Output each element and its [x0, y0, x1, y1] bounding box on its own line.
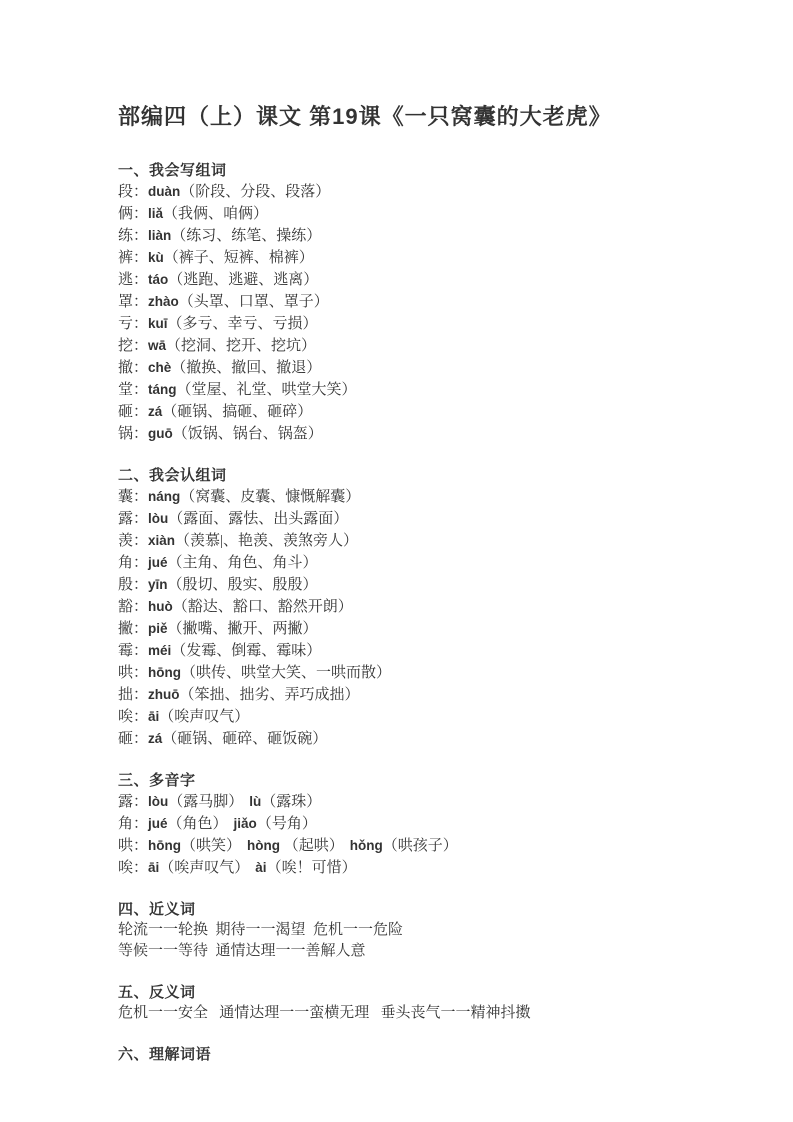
word-entry: 段：duàn（阶段、分段、段落）: [118, 181, 733, 203]
entry-headword: 亏：: [118, 316, 148, 332]
entry-pinyin: hōng: [148, 838, 181, 853]
pronunciation-part: lòu（露马脚）: [148, 794, 243, 810]
word-entry: 哄：hōng（哄传、哄堂大笑、一哄而散）: [118, 662, 733, 684]
entry-pinyin: lù: [249, 794, 261, 809]
entry-words: （我俩、咱俩）: [163, 206, 268, 222]
entry-words: （唉！可惜）: [267, 860, 357, 876]
entry-headword: 罩：: [118, 294, 148, 310]
pronunciation-part: jiǎo（号角）: [234, 816, 317, 832]
entry-words: （殷切、殷实、殷殷）: [168, 577, 318, 593]
entry-pinyin: lòu: [148, 511, 168, 526]
entry-pinyin: xiàn: [148, 533, 175, 548]
entry-pinyin: kuī: [148, 316, 168, 331]
entry-words: （豁达、豁口、豁然开朗）: [173, 599, 353, 615]
pronunciation-part: jué（角色）: [148, 816, 228, 832]
section-heading: 二、我会认组词: [118, 465, 733, 486]
entry-words: （角色）: [168, 816, 228, 832]
word-entry: 砸：zá（砸锅、搞砸、砸碎）: [118, 401, 733, 423]
entry-headword: 练：: [118, 228, 148, 244]
section-3: 三、多音字露：lòu（露马脚）lù（露珠）角：jué（角色）jiǎo（号角）哄：…: [118, 770, 733, 879]
entry-pinyin: jué: [148, 816, 168, 831]
word-entry: 囊：náng（窝囊、皮囊、慷慨解囊）: [118, 486, 733, 508]
entry-words: （主角、角色、角斗）: [168, 555, 318, 571]
entry-pinyin: piě: [148, 621, 168, 636]
entry-words: （砸锅、砸碎、砸饭碗）: [162, 731, 327, 747]
entry-headword: 露：: [118, 794, 148, 810]
section-6: 六、理解词语: [118, 1044, 733, 1065]
word-entry: 砸：zá（砸锅、砸碎、砸饭碗）: [118, 728, 733, 750]
document-page: 部编四（上）课文 第19课《一只窝囊的大老虎》 一、我会写组词段：duàn（阶段…: [0, 0, 793, 1122]
entry-words: （哄传、哄堂大笑、一哄而散）: [181, 665, 391, 681]
entry-headword: 撤：: [118, 360, 148, 376]
entry-headword: 拙：: [118, 687, 148, 703]
entry-pinyin: lòu: [148, 794, 168, 809]
entry-pinyin: āi: [148, 860, 159, 875]
entry-pinyin: táo: [148, 272, 168, 287]
word-entry: 锅：guō（饭锅、锅台、锅盔）: [118, 423, 733, 445]
entry-headword: 撇：: [118, 621, 148, 637]
entry-headword: 唉：: [118, 860, 148, 876]
section-2: 二、我会认组词囊：náng（窝囊、皮囊、慷慨解囊）露：lòu（露面、露怯、出头露…: [118, 465, 733, 750]
entry-pinyin: chè: [148, 360, 171, 375]
word-entry: 罩：zhào（头罩、口罩、罩子）: [118, 291, 733, 313]
word-entry: 堂：táng（堂屋、礼堂、哄堂大笑）: [118, 379, 733, 401]
entry-words: （多亏、幸亏、亏损）: [168, 316, 318, 332]
entry-headword: 囊：: [118, 489, 148, 505]
section-heading: 三、多音字: [118, 770, 733, 791]
word-entry: 挖：wā（挖洞、挖开、挖坑）: [118, 335, 733, 357]
entry-words: （露珠）: [261, 794, 321, 810]
word-entry: 练：liàn（练习、练笔、操练）: [118, 225, 733, 247]
word-entry: 霉：méi（发霉、倒霉、霉味）: [118, 640, 733, 662]
entry-words: （窝囊、皮囊、慷慨解囊）: [180, 489, 360, 505]
entry-pinyin: jiǎo: [234, 816, 257, 831]
entry-headword: 裤：: [118, 250, 148, 266]
pronunciation-part: āi（唉声叹气）: [148, 860, 249, 876]
entry-pinyin: hǒng: [350, 838, 383, 853]
entry-words: （唉声叹气）: [159, 860, 249, 876]
entry-pinyin: liǎ: [148, 206, 163, 221]
entry-words: （练习、练笔、操练）: [171, 228, 321, 244]
entry-words: （堂屋、礼堂、哄堂大笑）: [177, 382, 357, 398]
entry-words: （唉声叹气）: [159, 709, 249, 725]
entry-words: （砸锅、搞砸、砸碎）: [162, 404, 312, 420]
pronunciation-part: hòng （起哄）: [247, 838, 344, 854]
entry-pinyin: zá: [148, 731, 162, 746]
entry-words: （露面、露怯、出头露面）: [168, 511, 348, 527]
entry-headword: 俩：: [118, 206, 148, 222]
text-line: 等候一一等待 通情达理一一善解人意: [118, 941, 733, 962]
document-title: 部编四（上）课文 第19课《一只窝囊的大老虎》: [118, 103, 733, 131]
entry-pinyin: hòng: [247, 838, 280, 853]
entry-words: （露马脚）: [168, 794, 243, 810]
entry-pinyin: yīn: [148, 577, 168, 592]
polyphone-entry: 角：jué（角色）jiǎo（号角）: [118, 813, 733, 835]
entry-words: （撇嘴、撇开、两撇）: [168, 621, 318, 637]
entry-words: （起哄）: [280, 838, 344, 854]
entry-pinyin: guō: [148, 426, 173, 441]
entry-pinyin: zá: [148, 404, 162, 419]
entry-pinyin: méi: [148, 643, 171, 658]
text-line: 危机一一安全 通情达理一一蛮横无理 垂头丧气一一精神抖擞: [118, 1003, 733, 1024]
word-entry: 豁：huò（豁达、豁口、豁然开朗）: [118, 596, 733, 618]
entry-headword: 哄：: [118, 665, 148, 681]
text-line: 轮流一一轮换 期待一一渴望 危机一一危险: [118, 920, 733, 941]
entry-headword: 挖：: [118, 338, 148, 354]
entry-words: （裤子、短裤、棉裤）: [164, 250, 314, 266]
entry-words: （撤换、撤回、撤退）: [171, 360, 321, 376]
pronunciation-part: hǒng（哄孩子）: [350, 838, 458, 854]
pronunciation-part: lù（露珠）: [249, 794, 321, 810]
word-entry: 逃：táo（逃跑、逃避、逃离）: [118, 269, 733, 291]
word-entry: 拙：zhuō（笨拙、拙劣、弄巧成拙）: [118, 684, 733, 706]
entry-words: （哄孩子）: [383, 838, 458, 854]
entry-headword: 段：: [118, 184, 148, 200]
entry-pinyin: huò: [148, 599, 173, 614]
word-entry: 裤：kù（裤子、短裤、棉裤）: [118, 247, 733, 269]
section-4: 四、近义词轮流一一轮换 期待一一渴望 危机一一危险等候一一等待 通情达理一一善解…: [118, 899, 733, 962]
polyphone-entry: 哄：hōng（哄笑）hòng （起哄）hǒng（哄孩子）: [118, 835, 733, 857]
entry-headword: 堂：: [118, 382, 148, 398]
entry-headword: 砸：: [118, 404, 148, 420]
section-heading: 四、近义词: [118, 899, 733, 920]
word-entry: 撇：piě（撇嘴、撇开、两撇）: [118, 618, 733, 640]
entry-pinyin: liàn: [148, 228, 171, 243]
entry-words: （笨拙、拙劣、弄巧成拙）: [180, 687, 360, 703]
entry-pinyin: kù: [148, 250, 164, 265]
entry-pinyin: wā: [148, 338, 166, 353]
entry-words: （发霉、倒霉、霉味）: [171, 643, 321, 659]
word-entry: 羡：xiàn（羡慕|、艳羡、羡煞旁人）: [118, 530, 733, 552]
word-entry: 露：lòu（露面、露怯、出头露面）: [118, 508, 733, 530]
entry-headword: 锅：: [118, 426, 148, 442]
word-entry: 殷：yīn（殷切、殷实、殷殷）: [118, 574, 733, 596]
entry-headword: 哄：: [118, 838, 148, 854]
entry-words: （阶段、分段、段落）: [180, 184, 330, 200]
entry-words: （羡慕|、艳羡、羡煞旁人）: [175, 533, 358, 549]
word-entry: 唉：āi（唉声叹气）: [118, 706, 733, 728]
word-entry: 撤：chè（撤换、撤回、撤退）: [118, 357, 733, 379]
polyphone-entry: 唉：āi（唉声叹气）ài（唉！可惜）: [118, 857, 733, 879]
section-5: 五、反义词危机一一安全 通情达理一一蛮横无理 垂头丧气一一精神抖擞: [118, 982, 733, 1024]
entry-headword: 唉：: [118, 709, 148, 725]
entry-headword: 角：: [118, 816, 148, 832]
entry-headword: 殷：: [118, 577, 148, 593]
entry-pinyin: náng: [148, 489, 180, 504]
section-heading: 六、理解词语: [118, 1044, 733, 1065]
entry-pinyin: zhào: [148, 294, 179, 309]
entry-headword: 角：: [118, 555, 148, 571]
entry-pinyin: táng: [148, 382, 177, 397]
entry-pinyin: āi: [148, 709, 159, 724]
word-entry: 角：jué（主角、角色、角斗）: [118, 552, 733, 574]
polyphone-entry: 露：lòu（露马脚）lù（露珠）: [118, 791, 733, 813]
entry-pinyin: zhuō: [148, 687, 180, 702]
entry-words: （号角）: [257, 816, 317, 832]
entry-headword: 露：: [118, 511, 148, 527]
section-heading: 五、反义词: [118, 982, 733, 1003]
entry-words: （头罩、口罩、罩子）: [179, 294, 329, 310]
entry-words: （挖洞、挖开、挖坑）: [166, 338, 316, 354]
pronunciation-part: ài（唉！可惜）: [255, 860, 356, 876]
entry-words: （逃跑、逃避、逃离）: [168, 272, 318, 288]
sections-container: 一、我会写组词段：duàn（阶段、分段、段落）俩：liǎ（我俩、咱俩）练：lià…: [118, 160, 733, 1065]
section-heading: 一、我会写组词: [118, 160, 733, 181]
entry-headword: 砸：: [118, 731, 148, 747]
entry-pinyin: ài: [255, 860, 266, 875]
entry-pinyin: jué: [148, 555, 168, 570]
entry-pinyin: duàn: [148, 184, 180, 199]
entry-headword: 逃：: [118, 272, 148, 288]
pronunciation-part: hōng（哄笑）: [148, 838, 241, 854]
word-entry: 俩：liǎ（我俩、咱俩）: [118, 203, 733, 225]
entry-words: （哄笑）: [181, 838, 241, 854]
entry-headword: 羡：: [118, 533, 148, 549]
entry-words: （饭锅、锅台、锅盔）: [173, 426, 323, 442]
entry-headword: 豁：: [118, 599, 148, 615]
entry-pinyin: hōng: [148, 665, 181, 680]
section-1: 一、我会写组词段：duàn（阶段、分段、段落）俩：liǎ（我俩、咱俩）练：lià…: [118, 160, 733, 445]
word-entry: 亏：kuī（多亏、幸亏、亏损）: [118, 313, 733, 335]
entry-headword: 霉：: [118, 643, 148, 659]
